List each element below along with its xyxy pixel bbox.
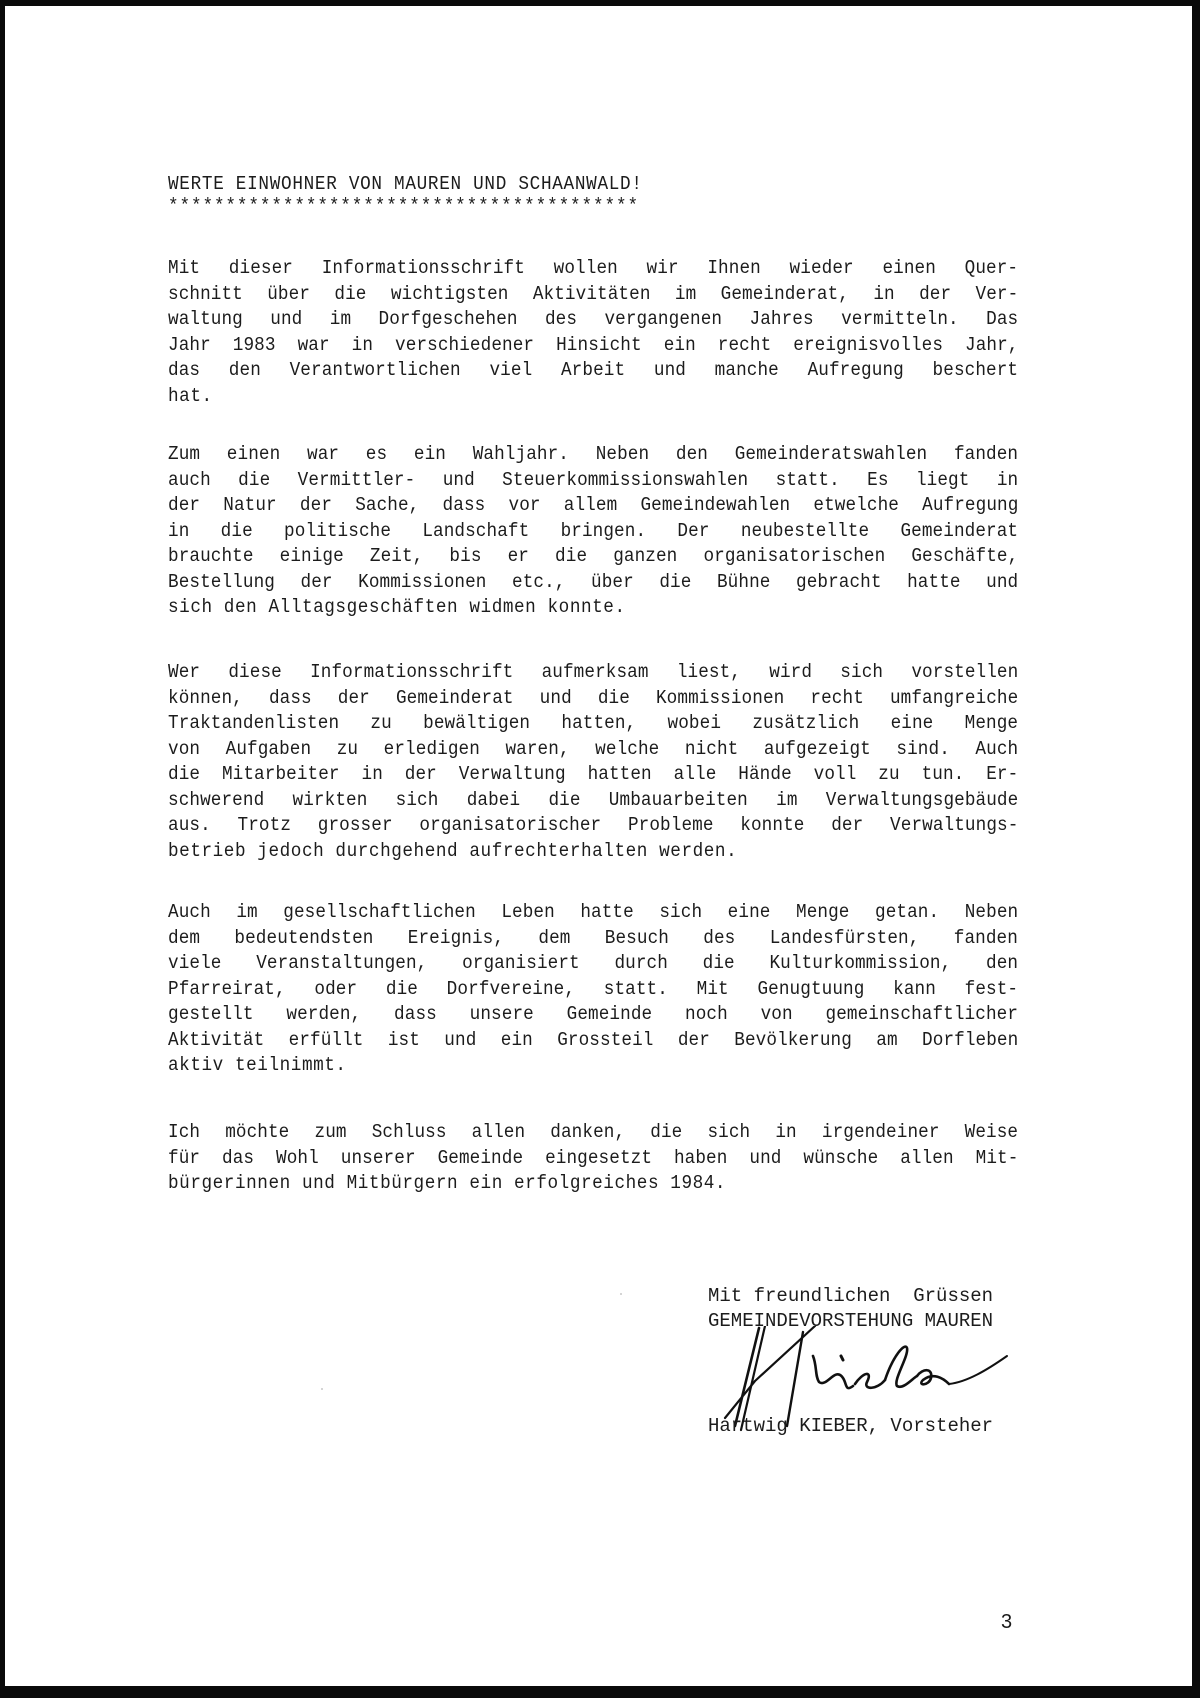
text-line: können, dass der Gemeinderat und die Kom… xyxy=(168,686,1012,712)
text-line: von Aufgaben zu erledigen waren, welche … xyxy=(168,737,1012,763)
heading-underline: ****************************************… xyxy=(168,196,639,216)
text-line: Wer diese Informationsschrift aufmerksam… xyxy=(168,660,1012,686)
text-line: sich den Alltagsgeschäften widmen konnte… xyxy=(168,595,1012,621)
text-line: die Mitarbeiter in der Verwaltung hatten… xyxy=(168,762,1012,788)
paragraph-4: Auch im gesellschaftlichen Leben hatte s… xyxy=(168,900,1012,1079)
paragraph-2: Zum einen war es ein Wahljahr. Neben den… xyxy=(168,442,1012,621)
text-line: auch die Vermittler- und Steuerkommissio… xyxy=(168,468,1012,494)
page-number: 3 xyxy=(1001,1611,1012,1634)
text-line: aktiv teilnimmt. xyxy=(168,1053,1012,1079)
letter-heading: WERTE EINWOHNER VON MAUREN UND SCHAANWAL… xyxy=(168,173,643,195)
closing-greeting: Mit freundlichen Grüssen xyxy=(708,1284,993,1310)
text-line: Aktivität erfüllt ist und ein Grossteil … xyxy=(168,1028,1012,1054)
text-line: bürgerinnen und Mitbürgern ein erfolgrei… xyxy=(168,1171,1012,1197)
text-line: viele Veranstaltungen, organisiert durch… xyxy=(168,951,1012,977)
signatory-name: Hartwig KIEBER, Vorsteher xyxy=(708,1414,993,1440)
text-line: Traktandenlisten zu bewältigen hatten, w… xyxy=(168,711,1012,737)
text-line: schnitt über die wichtigsten Aktivitäten… xyxy=(168,282,1012,308)
text-line: gestellt werden, dass unsere Gemeinde no… xyxy=(168,1002,1012,1028)
text-line: waltung und im Dorfgeschehen des vergang… xyxy=(168,307,1012,333)
text-line: hat. xyxy=(168,384,1012,410)
text-line: Auch im gesellschaftlichen Leben hatte s… xyxy=(168,900,1012,926)
text-line: Zum einen war es ein Wahljahr. Neben den… xyxy=(168,442,1012,468)
text-line: das den Verantwortlichen viel Arbeit und… xyxy=(168,358,1012,384)
text-line: schwerend wirkten sich dabei die Umbauar… xyxy=(168,788,1012,814)
scan-speck xyxy=(620,1293,622,1295)
text-line: Pfarreirat, oder die Dorfvereine, statt.… xyxy=(168,977,1012,1003)
text-line: aus. Trotz grosser organisatorischer Pro… xyxy=(168,813,1012,839)
paragraph-5: Ich möchte zum Schluss allen danken, die… xyxy=(168,1120,1012,1197)
scan-speck xyxy=(321,1388,323,1390)
text-line: Bestellung der Kommissionen etc., über d… xyxy=(168,570,1012,596)
text-line: Jahr 1983 war in verschiedener Hinsicht … xyxy=(168,333,1012,359)
text-line: dem bedeutendsten Ereignis, dem Besuch d… xyxy=(168,926,1012,952)
text-line: in die politische Landschaft bringen. De… xyxy=(168,519,1012,545)
text-line: der Natur der Sache, dass vor allem Geme… xyxy=(168,493,1012,519)
text-line: brauchte einige Zeit, bis er die ganzen … xyxy=(168,544,1012,570)
text-line: betrieb jedoch durchgehend aufrechterhal… xyxy=(168,839,1012,865)
text-line: Ich möchte zum Schluss allen danken, die… xyxy=(168,1120,1012,1146)
document-page: WERTE EINWOHNER VON MAUREN UND SCHAANWAL… xyxy=(5,6,1192,1686)
text-line: Mit dieser Informationsschrift wollen wi… xyxy=(168,256,1012,282)
text-line: für das Wohl unserer Gemeinde eingesetzt… xyxy=(168,1146,1012,1172)
paragraph-1: Mit dieser Informationsschrift wollen wi… xyxy=(168,256,1012,409)
paragraph-3: Wer diese Informationsschrift aufmerksam… xyxy=(168,660,1012,864)
